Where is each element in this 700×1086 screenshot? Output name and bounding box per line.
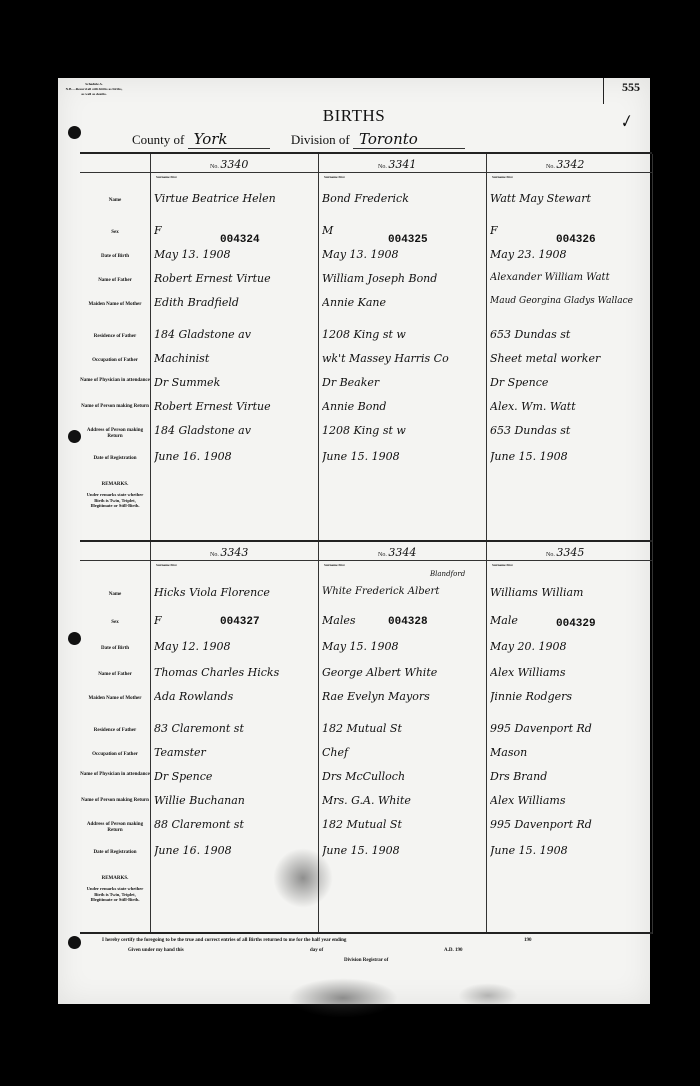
date-of-birth: May 23. 1908 <box>490 248 650 261</box>
physician: Drs McCulloch <box>322 770 484 783</box>
registration-stamp: 004325 <box>388 234 428 246</box>
reg-no-value: 3343 <box>220 546 248 559</box>
entry-3342: No. 3342 Surname first Watt May Stewart … <box>486 154 653 542</box>
remarks-title: REMARKS. <box>80 482 150 487</box>
father-occupation: wk't Massey Harris Co <box>322 352 484 365</box>
jurisdiction-line: County of York Division of Toronto <box>132 130 465 149</box>
person-making-return: Alex. Wm. Watt <box>490 400 650 413</box>
mother-maiden-name: Maud Georgina Gladys Wallace <box>490 296 650 306</box>
entry-3340: No. 3340 Surname first Virtue Beatrice H… <box>150 154 319 542</box>
sex: Male <box>490 614 530 627</box>
footer-rule <box>80 932 652 934</box>
entry-3345: No. 3345 Surname first Williams William … <box>486 542 653 934</box>
child-name: White Frederick Albert <box>322 586 484 597</box>
person-making-return: Mrs. G.A. White <box>322 794 484 807</box>
remarks-title: REMARKS. <box>80 876 150 881</box>
page-title: BIRTHS <box>58 106 650 126</box>
sex: F <box>490 224 520 237</box>
address-person: 182 Mutual St <box>322 818 484 831</box>
rule <box>150 560 318 561</box>
father-occupation: Mason <box>490 746 650 759</box>
person-making-return: Robert Ernest Virtue <box>154 400 316 413</box>
surname-first-label: Surname first <box>156 563 177 567</box>
address-person: 995 Davenport Rd <box>490 818 650 831</box>
rule <box>318 560 486 561</box>
entry-3344: No. 3344 Surname first Blandford White F… <box>318 542 487 934</box>
schedule-instruction: N.B.—Record all still-births as births, … <box>64 87 124 97</box>
registration-date: June 16. 1908 <box>154 450 316 463</box>
ink-smudge <box>458 983 518 1008</box>
label-person-return: Name of Person making Return <box>80 404 150 410</box>
father-occupation: Sheet metal worker <box>490 352 650 365</box>
father-name: George Albert White <box>322 666 484 679</box>
entry-3341: No. 3341 Surname first Bond Frederick M … <box>318 154 487 542</box>
label-physician: Name of Physician in attendance <box>80 772 150 778</box>
given-under-hand: Given under my hand this <box>128 948 184 953</box>
father-residence: 995 Davenport Rd <box>490 722 650 735</box>
label-mother: Maiden Name of Mother <box>80 696 150 702</box>
county-label: County of <box>132 132 184 147</box>
person-making-return: Annie Bond <box>322 400 484 413</box>
label-date-of-birth: Date of Birth <box>80 254 150 260</box>
register-page: Schedule A. N.B.—Record all still-births… <box>58 78 650 1004</box>
label-occupation: Occupation of Father <box>80 358 150 364</box>
father-name: Thomas Charles Hicks <box>154 666 316 679</box>
father-residence: 182 Mutual St <box>322 722 484 735</box>
mother-maiden-name: Annie Kane <box>322 296 484 309</box>
date-of-birth: May 13. 1908 <box>154 248 316 261</box>
name-annotation: Blandford <box>430 570 465 578</box>
page-number: 555 <box>622 80 640 95</box>
label-date-of-birth: Date of Birth <box>80 646 150 652</box>
binder-hole <box>68 936 81 949</box>
rule <box>486 560 652 561</box>
label-sex: Sex <box>80 230 150 236</box>
sex: F <box>154 614 184 627</box>
date-of-birth: May 12. 1908 <box>154 640 316 653</box>
father-occupation: Teamster <box>154 746 316 759</box>
reg-no: No. 3344 <box>378 546 416 559</box>
rule <box>318 172 486 173</box>
reg-no-value: 3344 <box>388 546 416 559</box>
county-value: York <box>188 130 270 149</box>
father-residence: 1208 King st w <box>322 328 484 341</box>
father-residence: 83 Claremont st <box>154 722 316 735</box>
label-father: Name of Father <box>80 672 150 678</box>
person-making-return: Alex Williams <box>490 794 650 807</box>
surname-first-label: Surname first <box>324 563 345 567</box>
day-of-label: day of <box>310 948 323 953</box>
father-residence: 184 Gladstone av <box>154 328 316 341</box>
address-person: 653 Dundas st <box>490 424 650 437</box>
physician: Dr Spence <box>154 770 316 783</box>
sex: F <box>154 224 184 237</box>
registration-stamp: 004324 <box>220 234 260 246</box>
registration-stamp: 004327 <box>220 616 260 628</box>
sex: Males <box>322 614 362 627</box>
physician: Dr Summek <box>154 376 316 389</box>
entry-3343: No. 3343 Surname first Hicks Viola Flore… <box>150 542 319 934</box>
reg-no-value: 3342 <box>556 158 584 171</box>
date-of-birth: May 15. 1908 <box>322 640 484 653</box>
field-label-column: Name Sex Date of Birth Name of Father Ma… <box>80 542 151 934</box>
registration-date: June 15. 1908 <box>490 844 650 857</box>
label-name: Name <box>80 198 150 204</box>
mother-maiden-name: Ada Rowlands <box>154 690 316 703</box>
surname-first-label: Surname first <box>492 175 513 179</box>
division-value: Toronto <box>353 130 465 149</box>
father-name: Alex Williams <box>490 666 650 679</box>
father-occupation: Chef <box>322 746 484 759</box>
registration-date: June 15. 1908 <box>490 450 650 463</box>
label-person-return: Name of Person making Return <box>80 798 150 804</box>
register-block-2: Name Sex Date of Birth Name of Father Ma… <box>80 540 652 934</box>
surname-first-label: Surname first <box>156 175 177 179</box>
schedule-note: Schedule A. N.B.—Record all still-births… <box>64 82 124 97</box>
father-residence: 653 Dundas st <box>490 328 650 341</box>
label-registration-date: Date of Registration <box>80 850 150 856</box>
remarks-note: Under remarks state whether Birth is Twi… <box>83 492 147 509</box>
date-of-birth: May 20. 1908 <box>490 640 650 653</box>
certification-year: 190 <box>524 938 532 943</box>
child-name: Virtue Beatrice Helen <box>154 192 316 205</box>
ad-label: A.D. 190 <box>444 948 462 953</box>
physician: Dr Beaker <box>322 376 484 389</box>
registration-date: June 15. 1908 <box>322 844 484 857</box>
label-registration-date: Date of Registration <box>80 456 150 462</box>
label-occupation: Occupation of Father <box>80 752 150 758</box>
label-residence: Residence of Father <box>80 728 150 734</box>
child-name: Watt May Stewart <box>490 192 650 205</box>
reg-no-value: 3345 <box>556 546 584 559</box>
rule <box>80 172 150 173</box>
address-person: 184 Gladstone av <box>154 424 316 437</box>
label-sex: Sex <box>80 620 150 626</box>
reg-no: No. 3343 <box>210 546 248 559</box>
remarks-note: Under remarks state whether Birth is Twi… <box>83 886 147 903</box>
address-person: 88 Claremont st <box>154 818 316 831</box>
reg-no: No. 3342 <box>546 158 584 171</box>
label-father: Name of Father <box>80 278 150 284</box>
physician: Drs Brand <box>490 770 650 783</box>
label-address-return: Address of Person making Return <box>80 822 150 834</box>
label-residence: Residence of Father <box>80 334 150 340</box>
sex: M <box>322 224 352 237</box>
child-name: Hicks Viola Florence <box>154 586 316 599</box>
address-person: 1208 King st w <box>322 424 484 437</box>
child-name: Williams William <box>490 586 650 599</box>
surname-first-label: Surname first <box>492 563 513 567</box>
registration-stamp: 004329 <box>556 618 596 630</box>
field-label-column: Name Sex Date of Birth Name of Father Ma… <box>80 154 151 542</box>
label-name: Name <box>80 592 150 598</box>
father-name: Alexander William Watt <box>490 272 650 283</box>
reg-no-value: 3341 <box>388 158 416 171</box>
father-name: Robert Ernest Virtue <box>154 272 316 285</box>
certification-text: I hereby certify the foregoing to be the… <box>102 938 346 943</box>
child-name: Bond Frederick <box>322 192 484 205</box>
reg-no: No. 3341 <box>378 158 416 171</box>
physician: Dr Spence <box>490 376 650 389</box>
register-block-1: Name Sex Date of Birth Name of Father Ma… <box>80 152 652 542</box>
margin-line <box>603 78 604 104</box>
reg-no: No. 3345 <box>546 546 584 559</box>
registration-stamp: 004326 <box>556 234 596 246</box>
division-label: Division of <box>291 132 350 147</box>
binder-hole <box>68 126 81 139</box>
rule <box>80 560 150 561</box>
rule <box>486 172 652 173</box>
rule <box>150 172 318 173</box>
person-making-return: Willie Buchanan <box>154 794 316 807</box>
label-address-return: Address of Person making Return <box>80 428 150 440</box>
label-mother: Maiden Name of Mother <box>80 302 150 308</box>
date-of-birth: May 13. 1908 <box>322 248 484 261</box>
father-occupation: Machinist <box>154 352 316 365</box>
registration-date: June 15. 1908 <box>322 450 484 463</box>
mother-maiden-name: Edith Bradfield <box>154 296 316 309</box>
mother-maiden-name: Jinnie Rodgers <box>490 690 650 703</box>
mother-maiden-name: Rae Evelyn Mayors <box>322 690 484 703</box>
label-physician: Name of Physician in attendance <box>80 378 150 384</box>
father-name: William Joseph Bond <box>322 272 484 285</box>
registration-date: June 16. 1908 <box>154 844 316 857</box>
surname-first-label: Surname first <box>324 175 345 179</box>
registrar-label: Division Registrar of <box>344 958 388 963</box>
reg-no: No. 3340 <box>210 158 248 171</box>
ink-smudge <box>288 978 398 1018</box>
reg-no-value: 3340 <box>220 158 248 171</box>
registration-stamp: 004328 <box>388 616 428 628</box>
